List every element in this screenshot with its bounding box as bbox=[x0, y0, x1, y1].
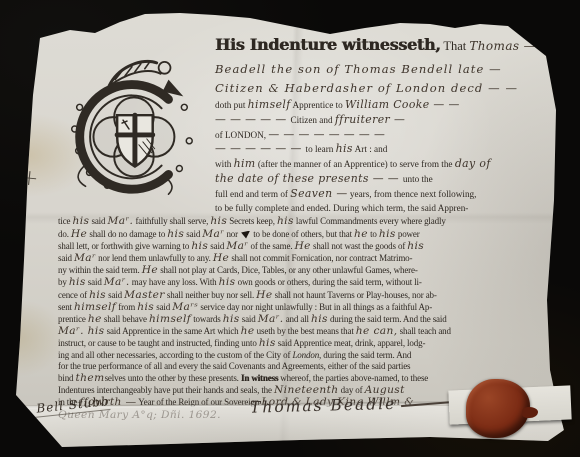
text-segment-print: faithfully shall serve, bbox=[133, 216, 210, 226]
text-segment-script: Citizen & Haberdasher of London decd — — bbox=[215, 81, 518, 95]
text-segment-script: he can, bbox=[356, 324, 398, 337]
text-segment-print: shall behave bbox=[102, 314, 149, 324]
text-segment-script: the date of these presents — — bbox=[215, 172, 403, 185]
text-segment-script: he bbox=[354, 227, 368, 240]
text-segment-script: Master bbox=[124, 288, 165, 301]
text-segment-print: full end and term of bbox=[215, 189, 290, 199]
text-segment-script: Maʳ bbox=[202, 227, 224, 240]
text-segment-script: his bbox=[73, 214, 90, 227]
text-segment-print: by bbox=[58, 277, 69, 287]
text-segment-print: may have any loss. With bbox=[130, 277, 219, 287]
text-segment-print: said bbox=[86, 277, 104, 287]
text-line: sent himself from his said Maʳˢ service … bbox=[58, 301, 555, 313]
text-segment-print: Citizen and bbox=[290, 115, 334, 125]
text-segment-print: with bbox=[215, 159, 234, 169]
text-segment-print: Secrets keep, bbox=[227, 216, 277, 226]
text-line: His Indenture witnesseth, That Thomas — bbox=[215, 34, 555, 59]
text-segment-print: prentice bbox=[58, 314, 88, 324]
text-segment-print: bind bbox=[58, 373, 76, 383]
text-segment-script: ffruiterer — bbox=[335, 113, 405, 126]
text-segment-print: said bbox=[154, 302, 172, 312]
text-segment-script: He bbox=[256, 288, 272, 301]
text-segment-print: service day nor night unlawfully : But i… bbox=[198, 302, 432, 312]
text-line: shall lett, or forthwith give warning to… bbox=[58, 240, 555, 252]
text-segment-script: his bbox=[69, 275, 86, 288]
text-segment-script: them bbox=[76, 371, 105, 384]
text-line: full end and term of Seaven — years, fro… bbox=[215, 187, 555, 202]
text-segment-print: whereof, the parties above-named, to the… bbox=[278, 373, 428, 383]
indenture-text: His Indenture witnesseth, That Thomas —B… bbox=[58, 34, 555, 421]
text-segment-print: shall do no damage to bbox=[87, 229, 167, 239]
text-segment-script: Seaven — bbox=[290, 187, 347, 200]
text-segment-script: he bbox=[88, 312, 102, 325]
text-segment-script: his bbox=[311, 312, 328, 325]
text-segment-print: said bbox=[58, 253, 74, 263]
text-segment-script: his bbox=[219, 275, 236, 288]
text-segment-script: his bbox=[89, 288, 106, 301]
text-segment-italic: London, bbox=[292, 350, 321, 360]
text-segment-print: during the said term. And the said bbox=[328, 314, 447, 324]
text-segment-print: tice bbox=[58, 216, 73, 226]
text-segment-print: shall not haunt Taverns or Play-houses, … bbox=[273, 290, 437, 300]
text-line: ny within the said term. He shall not pl… bbox=[58, 264, 555, 276]
text-segment-script: He bbox=[213, 251, 229, 264]
text-line: cence of his said Master shall neither b… bbox=[58, 289, 555, 301]
text-segment-script: his bbox=[277, 214, 294, 227]
text-segment-print: of the same. bbox=[248, 241, 294, 251]
text-line: doth put himself Apprentice to William C… bbox=[215, 98, 555, 113]
text-segment-print: nor lend them unlawfully to any. bbox=[96, 253, 213, 263]
text-segment-print: shall teach and bbox=[398, 326, 451, 336]
text-segment-print: during the said term. And bbox=[321, 350, 411, 360]
text-segment-script: his bbox=[210, 214, 227, 227]
text-segment-print: shall not wast the goods of bbox=[311, 241, 407, 251]
text-segment-script: He bbox=[71, 227, 87, 240]
text-segment-print: said bbox=[240, 314, 258, 324]
text-segment-script: Beadell the son of Thomas Bendell late — bbox=[215, 62, 502, 76]
text-segment-script: his bbox=[191, 239, 208, 252]
text-segment-script: he bbox=[241, 324, 255, 337]
text-segment-script: him bbox=[234, 157, 256, 170]
text-segment-script: He bbox=[295, 239, 311, 252]
text-segment-bold: In witness bbox=[241, 373, 278, 383]
text-segment-print: do. bbox=[58, 229, 71, 239]
text-segment-print: said bbox=[208, 241, 226, 251]
text-segment-blackletter: His Indenture witnesseth, bbox=[215, 35, 440, 54]
text-line: — — — — — — to learn his Art : and bbox=[215, 142, 555, 157]
text-segment-print: Art : and bbox=[353, 144, 387, 154]
text-segment-script: William Cooke — — bbox=[345, 98, 460, 111]
text-segment-print: shall neither buy nor sell. bbox=[165, 290, 256, 300]
text-segment-print: to bbox=[368, 229, 379, 239]
text-segment-print: said Apprentice in the same Art which bbox=[105, 326, 241, 336]
text-segment-print: doth put bbox=[215, 100, 248, 110]
text-segment-print: unto the bbox=[403, 174, 433, 184]
text-segment-blot bbox=[241, 231, 250, 239]
text-segment-script: his bbox=[379, 227, 396, 240]
text-segment-print: said Apprentice meat, drink, apparel, lo… bbox=[276, 338, 426, 348]
text-segment-script: Maʳ bbox=[226, 239, 248, 252]
text-segment-print: sent bbox=[58, 302, 74, 312]
text-segment-print: shall not play at Cards, Dice, Tables, o… bbox=[158, 265, 418, 275]
text-line: tice his said Maʳ. faithfully shall serv… bbox=[58, 215, 555, 227]
text-segment-script: his bbox=[336, 142, 353, 155]
text-segment-print: shall lett, or forthwith give warning to bbox=[58, 241, 191, 251]
photo-backdrop: His Indenture witnesseth, That Thomas —B… bbox=[0, 0, 580, 457]
text-segment-script: his bbox=[259, 336, 276, 349]
text-segment-print: cence of bbox=[58, 290, 89, 300]
text-line: Citizen & Haberdasher of London decd — — bbox=[215, 80, 555, 99]
pen-cross-mark: + bbox=[19, 165, 40, 192]
text-segment-script: Maʳ bbox=[74, 251, 96, 264]
text-segment-script: his bbox=[407, 239, 424, 252]
text-line: to be fully complete and ended. During w… bbox=[215, 202, 555, 216]
text-line: Maʳ. his said Apprentice in the same Art… bbox=[58, 325, 555, 337]
text-line: said Maʳ nor lend them unlawfully to any… bbox=[58, 252, 555, 264]
text-segment-script: Maʳ. his bbox=[58, 324, 105, 337]
text-segment-script: Nineteenth bbox=[274, 383, 339, 396]
text-segment-script: himself bbox=[74, 300, 116, 313]
text-segment-script: He bbox=[142, 263, 158, 276]
text-segment-print: for the true performance of all and ever… bbox=[58, 361, 410, 371]
text-segment-print: said bbox=[106, 290, 124, 300]
text-segment-print: of LONDON, bbox=[215, 130, 268, 140]
text-segment-script: himself bbox=[149, 312, 191, 325]
text-segment-print: ny within the said term. bbox=[58, 265, 142, 275]
text-segment-print: shall not commit Fornication, nor contra… bbox=[229, 253, 412, 263]
text-segment-script: Maʳˢ bbox=[172, 300, 198, 313]
text-segment-print: ing and all other necessaries, according… bbox=[58, 350, 292, 360]
text-line: Beadell the son of Thomas Bendell late — bbox=[215, 61, 555, 80]
text-segment-print: Apprentice to bbox=[291, 100, 345, 110]
text-segment-script: — — — — — — bbox=[215, 142, 306, 155]
text-line: instruct, or cause to be taught and inst… bbox=[58, 337, 555, 349]
text-line: ing and all other necessaries, according… bbox=[58, 350, 555, 361]
text-segment-script: day of bbox=[455, 157, 491, 170]
text-segment-script: — — — — — — — — bbox=[268, 128, 385, 141]
text-segment-print: from bbox=[116, 302, 137, 312]
text-line: of LONDON, — — — — — — — — bbox=[215, 128, 555, 143]
text-line: — — — — — Citizen and ffruiterer — bbox=[215, 113, 555, 128]
text-segment-print: to learn bbox=[306, 144, 336, 154]
text-segment-print: said bbox=[89, 216, 107, 226]
text-segment-print: said bbox=[184, 229, 202, 239]
text-segment-print: to be done of others, but that bbox=[251, 229, 354, 239]
text-line: with him (after the manner of an Apprent… bbox=[215, 157, 555, 172]
text-line: for the true performance of all and ever… bbox=[58, 361, 555, 372]
text-segment-script: Maʳ. bbox=[104, 275, 130, 288]
text-segment-print: nor bbox=[224, 229, 240, 239]
text-segment-print: Indentures interchangeably have put thei… bbox=[58, 385, 274, 395]
text-segment-print: and all bbox=[284, 314, 311, 324]
text-segment-script: Thomas — bbox=[469, 39, 536, 53]
text-line: the date of these presents — — unto the bbox=[215, 172, 555, 187]
text-segment-print: years, from thence next following, bbox=[348, 189, 477, 199]
text-segment-print: instruct, or cause to be taught and inst… bbox=[58, 338, 259, 348]
text-segment-print: That bbox=[440, 39, 469, 53]
text-segment-script: Maʳ. bbox=[107, 214, 133, 227]
text-segment-script: himself bbox=[248, 98, 291, 111]
text-line: prentice he shall behave himself towards… bbox=[58, 313, 555, 325]
text-segment-print: useth by the best means that bbox=[255, 326, 356, 336]
text-segment-print: towards bbox=[191, 314, 223, 324]
text-segment-print: to be fully complete and ended. During w… bbox=[215, 203, 468, 213]
text-segment-print: power bbox=[396, 229, 420, 239]
text-segment-print: lawful Commandments every where gladly bbox=[294, 216, 446, 226]
text-segment-script: — — — — — bbox=[215, 113, 290, 126]
text-segment-print: (after the manner of an Apprentice) to s… bbox=[256, 159, 455, 169]
text-segment-script: his bbox=[167, 227, 184, 240]
text-segment-script: his bbox=[137, 300, 154, 313]
text-segment-print: day of bbox=[339, 385, 365, 395]
text-segment-script: Maʳ. bbox=[258, 312, 284, 325]
text-segment-script: his bbox=[223, 312, 240, 325]
text-segment-print: selves unto the other by these presents. bbox=[105, 373, 241, 383]
text-segment-print: own goods or others, during the said ter… bbox=[236, 277, 422, 287]
